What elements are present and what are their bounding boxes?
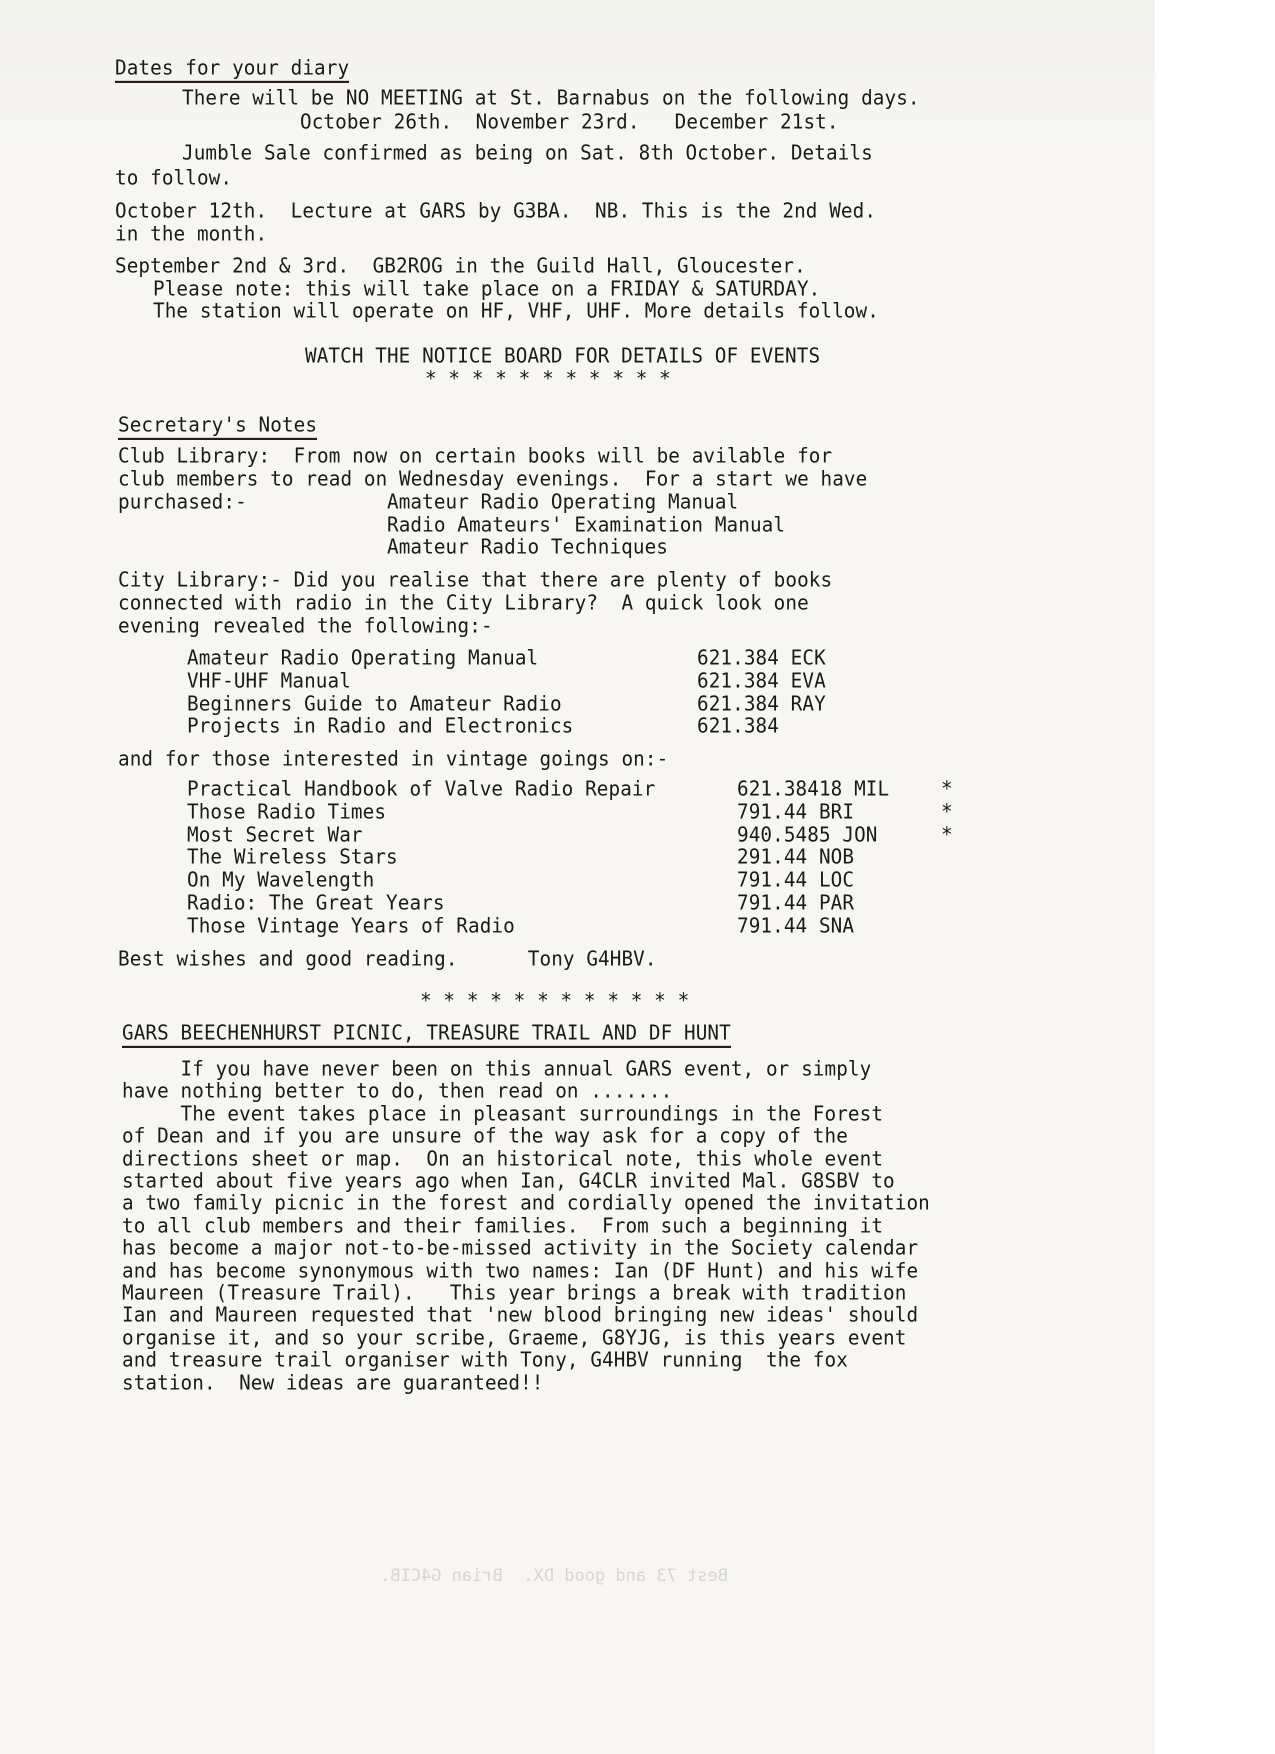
article-line: and treasure trail organiser with Tony, … (122, 1348, 848, 1372)
club-library-text-2: club members to read on Wednesday evenin… (118, 467, 867, 491)
article-line: of Dean and if you are unsure of the way… (122, 1124, 848, 1148)
city-library-text: City Library:- Did you realise that ther… (118, 568, 832, 592)
article-line: station. New ideas are guaranteed!! (122, 1371, 544, 1395)
diary-heading: Dates for your diary (115, 56, 349, 83)
article-line: directions sheet or map. On an historica… (122, 1147, 883, 1171)
book-title: Radio: The Great Years (187, 891, 445, 915)
book-title: On My Wavelength (187, 868, 374, 892)
book-title: Those Radio Times (187, 800, 386, 824)
book-title: Amateur Radio Operating Manual (187, 646, 538, 670)
book-title: Practical Handbook of Valve Radio Repair (187, 777, 655, 801)
book-call-number: 621.38418 MIL (737, 777, 889, 801)
book-star-marker: * (941, 800, 953, 824)
lecture-text: October 12th. Lecture at GARS by G3BA. N… (115, 199, 876, 223)
book-title: Projects in Radio and Electronics (187, 714, 573, 738)
book-star-marker: * (941, 777, 953, 801)
book-call-number: 940.5485 JON (737, 823, 878, 847)
book-title: VHF-UHF Manual (187, 669, 351, 693)
book-title: Most Secret War (187, 823, 363, 847)
gb2rog-text: September 2nd & 3rd. GB2ROG in the Guild… (115, 254, 806, 278)
book-call-number: 621.384 RAY (697, 692, 826, 716)
no-meeting-dates: October 26th. November 23rd. December 21… (300, 110, 839, 134)
book-call-number: 791.44 BRI (737, 800, 854, 824)
jumble-sale-text: Jumble Sale confirmed as being on Sat. 8… (182, 141, 873, 165)
book-call-number: 791.44 SNA (737, 914, 854, 938)
no-meeting-text: There will be NO MEETING at St. Barnabus… (182, 86, 920, 110)
book-title: Those Vintage Years of Radio (187, 914, 515, 938)
purchased-book: Amateur Radio Operating Manual (387, 490, 738, 514)
book-call-number: 621.384 EVA (697, 669, 826, 693)
separator-stars: * * * * * * * * * * * (425, 367, 671, 391)
purchased-book: Radio Amateurs' Examination Manual (387, 513, 785, 537)
notice-board-text: WATCH THE NOTICE BOARD FOR DETAILS OF EV… (305, 344, 820, 368)
article-line: a two family picnic in the forest and co… (122, 1191, 930, 1215)
newsletter-page: Best 73 and good DX. Brian G4CIB. Dates … (0, 0, 1155, 1754)
article-line: Ian and Maureen requested that 'new bloo… (122, 1303, 918, 1327)
book-call-number: 621.384 ECK (697, 646, 826, 670)
book-call-number: 291.44 NOB (737, 845, 854, 869)
book-title: Beginners Guide to Amateur Radio (187, 692, 562, 716)
city-library-text-2: connected with radio in the City Library… (118, 591, 809, 615)
book-star-marker: * (941, 823, 953, 847)
book-call-number: 791.44 LOC (737, 868, 854, 892)
article-line: has become a major not-to-be-missed acti… (122, 1236, 918, 1260)
book-call-number: 621.384 (697, 714, 779, 738)
book-title: The Wireless Stars (187, 845, 398, 869)
secretary-heading: Secretary's Notes (118, 413, 317, 440)
club-library-text: Club Library: From now on certain books … (118, 444, 832, 468)
vintage-intro-text: and for those interested in vintage goin… (118, 747, 668, 771)
purchased-book: Amateur Radio Techniques (387, 535, 668, 559)
jumble-sale-text-2: to follow. (115, 166, 232, 190)
separator-stars-2: * * * * * * * * * * * * (420, 989, 689, 1013)
city-library-text-3: evening revealed the following:- (118, 614, 493, 638)
picnic-heading: GARS BEECHENHURST PICNIC, TREASURE TRAIL… (122, 1021, 731, 1048)
club-library-text-3: purchased:- (118, 490, 247, 514)
article-line: have nothing better to do, then read on … (122, 1079, 672, 1103)
signoff-text: Best wishes and good reading. Tony G4HBV… (118, 947, 657, 971)
lecture-text-2: in the month. (115, 222, 267, 246)
show-through-text: Best 73 and good DX. Brian G4CIB. (380, 1565, 728, 1588)
gb2rog-text-3: The station will operate on HF, VHF, UHF… (153, 299, 879, 323)
book-call-number: 791.44 PAR (737, 891, 854, 915)
article-line: and has become synonymous with two names… (122, 1259, 918, 1283)
